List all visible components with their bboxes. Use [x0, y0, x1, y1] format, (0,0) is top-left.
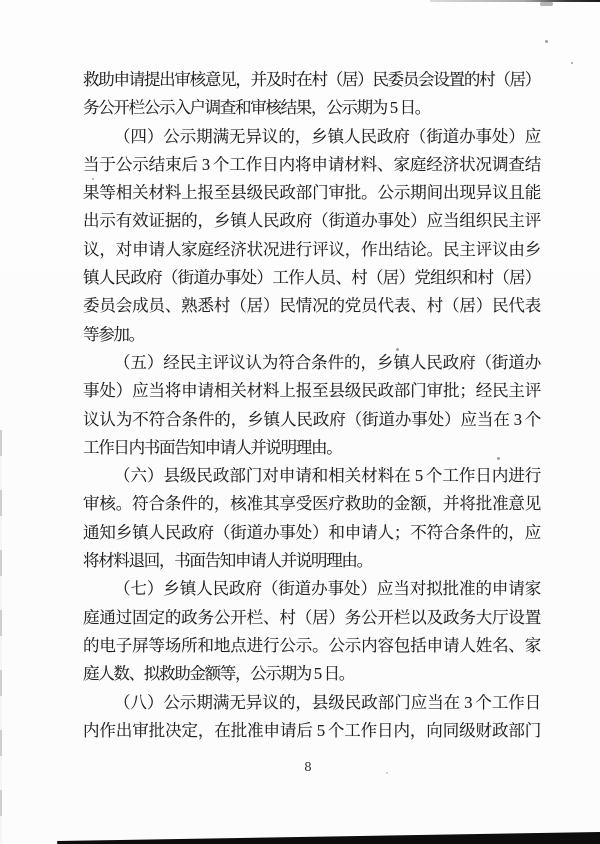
text-line: 当于公示结束后 3 个工作日内将申请材料、家庭经济状况调查结	[83, 151, 540, 179]
text-line: 庭人数、拟救助金额等，公示期为 5 日。	[83, 660, 540, 688]
scan-speck	[545, 40, 548, 43]
text-line: 的电子屏等场所和地点进行公示。公示内容包括申请人姓名、家	[83, 632, 540, 660]
text-line: （四）公示期满无异议的，乡镇人民政府（街道办事处）应	[83, 123, 540, 151]
text-line: 镇人民政府（街道办事处）工作人员、村（居）党组织和村（居）	[83, 264, 540, 292]
text-line: 将材料退回，书面告知申请人并说明理由。	[83, 547, 540, 575]
text-line: （七）乡镇人民政府（街道办事处）应当对拟批准的申请家	[83, 575, 540, 603]
scan-blemish-top	[540, 2, 553, 6]
text-line: （八）公示期满无异议的，县级民政部门应当在 3 个工作日	[83, 689, 540, 717]
scan-edge-top	[430, 0, 600, 2]
text-line: 等参加。	[83, 321, 540, 349]
text-line: 果等相关材料上报至县级民政部门审批。公示期间出现异议且能	[83, 179, 540, 207]
text-line: （六）县级民政部门对申请和相关材料在 5 个工作日内进行	[83, 462, 540, 490]
text-line: 救助申请提出审核意见，并及时在村（居）民委员会设置的村（居）	[83, 66, 540, 94]
text-line: 议认为不符合条件的，乡镇人民政府（街道办事处）应当在 3 个	[83, 406, 540, 434]
text-line: 委员会成员、熟悉村（居）民情况的党员代表、村（居）民代表	[83, 292, 540, 320]
page-number: 8	[0, 760, 600, 774]
text-line: 出示有效证据的，乡镇人民政府（街道办事处）应当组织民主评	[83, 207, 540, 235]
text-line: 庭通过固定的政务公开栏、村（居）务公开栏以及政务大厅设置	[83, 604, 540, 632]
text-line: （五）经民主评议认为符合条件的，乡镇人民政府（街道办	[83, 349, 540, 377]
text-line: 事处）应当将申请相关材料上报至县级民政部门审批；经民主评	[83, 377, 540, 405]
text-line: 通知乡镇人民政府（街道办事处）和申请人；不符合条件的，应	[83, 519, 540, 547]
text-line: 审核。符合条件的，核准其享受医疗救助的金额，并将批准意见	[83, 490, 540, 518]
text-line: 议，对申请人家庭经济状况进行评议，作出结论。民主评议由乡	[83, 236, 540, 264]
text-block: 救助申请提出审核意见，并及时在村（居）民委员会设置的村（居）务公开栏公示入户调查…	[83, 66, 540, 745]
text-line: 务公开栏公示入户调查和审核结果，公示期为 5 日。	[83, 94, 540, 122]
text-line: 内作出审批决定，在批准申请后 5 个工作日内，向同级财政部门	[83, 717, 540, 745]
scan-edge-left	[0, 430, 2, 844]
text-line: 工作日内书面告知申请人并说明理由。	[83, 434, 540, 462]
document-page: 救助申请提出审核意见，并及时在村（居）民委员会设置的村（居）务公开栏公示入户调查…	[0, 0, 600, 844]
scan-speck	[571, 62, 573, 64]
scan-edge-bottom	[55, 830, 600, 844]
